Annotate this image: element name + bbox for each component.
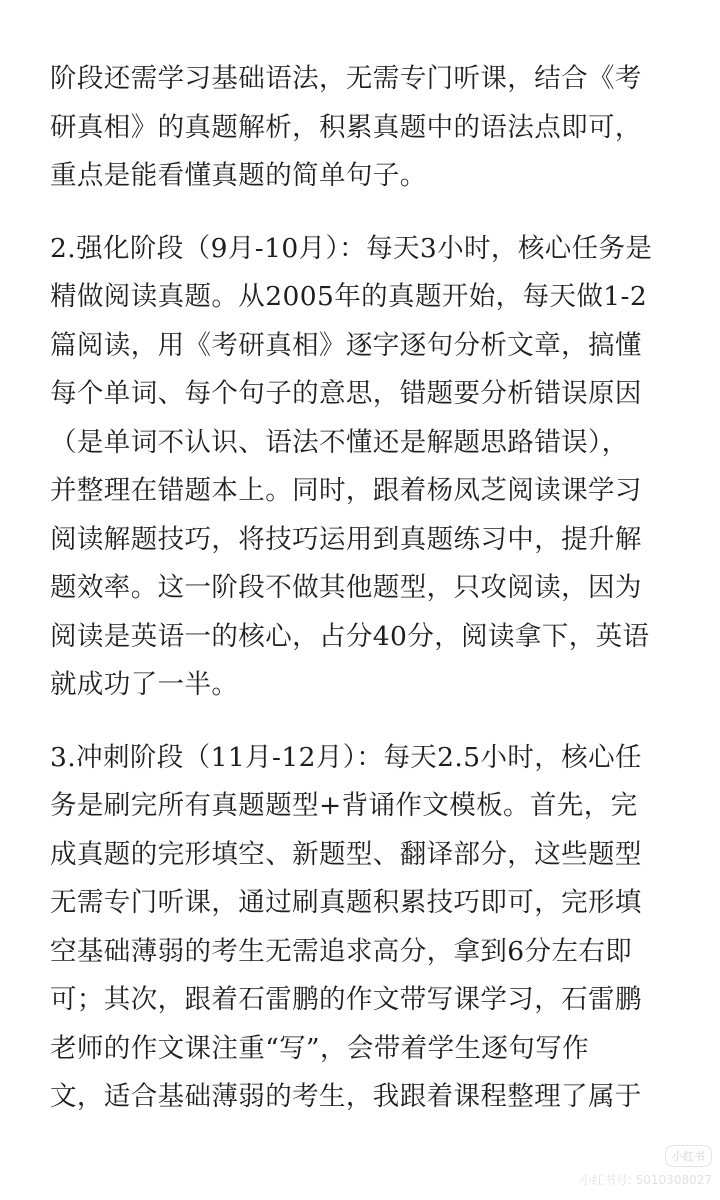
text-line: 研真相》的真题解析，积累真题中的语法点即可， [50,104,670,153]
text-line: 老师的作文课注重“写”，会带着学生逐句写作 [50,1025,670,1074]
text-line: 并整理在错题本上。同时，跟着杨凤芝阅读课学习 [50,467,670,516]
watermark-logo: 小红书 [665,1145,712,1167]
text-line: 题效率。这一阶段不做其他题型，只攻阅读，因为 [50,564,670,613]
paragraph-basics-continued: 阶段还需学习基础语法，无需专门听课，结合《考 研真相》的真题解析，积累真题中的语… [50,55,670,201]
text-line: 务是刷完所有真题题型+背诵作文模板。首先，完 [50,782,670,831]
text-line: 可；其次，跟着石雷鹏的作文带写课学习，石雷鹏 [50,976,670,1025]
paragraph-sprint-stage: 3.冲刺阶段（11月-12月）：每天2.5小时，核心任 务是刷完所有真题题型+背… [50,734,670,1122]
watermark-id: 小红书号: 5010308027 [580,1171,712,1188]
text-line: 空基础薄弱的考生无需追求高分，拿到6分左右即 [50,928,670,977]
text-line: 3.冲刺阶段（11月-12月）：每天2.5小时，核心任 [50,734,670,783]
text-line: 阅读解题技巧，将技巧运用到真题练习中，提升解 [50,516,670,565]
text-line: 精做阅读真题。从2005年的真题开始，每天做1-2 [50,273,670,322]
watermark: 小红书 小红书号: 5010308027 [580,1145,712,1188]
text-line: 重点是能看懂真题的简单句子。 [50,152,670,201]
text-line: （是单词不认识、语法不懂还是解题思路错误）， [50,419,670,468]
text-line: 2.强化阶段（9月-10月）：每天3小时，核心任务是 [50,225,670,274]
text-line: 就成功了一半。 [50,661,670,710]
text-line: 阅读是英语一的核心，占分40分，阅读拿下，英语 [50,613,670,662]
text-line: 篇阅读，用《考研真相》逐字逐句分析文章，搞懂 [50,322,670,371]
article-body: 阶段还需学习基础语法，无需专门听课，结合《考 研真相》的真题解析，积累真题中的语… [50,55,670,1146]
text-line: 成真题的完形填空、新题型、翻译部分，这些题型 [50,831,670,880]
text-line: 无需专门听课，通过刷真题积累技巧即可，完形填 [50,879,670,928]
paragraph-strengthening-stage: 2.强化阶段（9月-10月）：每天3小时，核心任务是 精做阅读真题。从2005年… [50,225,670,710]
text-line: 文，适合基础薄弱的考生，我跟着课程整理了属于 [50,1073,670,1122]
text-line: 阶段还需学习基础语法，无需专门听课，结合《考 [50,55,670,104]
text-line: 每个单词、每个句子的意思，错题要分析错误原因 [50,370,670,419]
